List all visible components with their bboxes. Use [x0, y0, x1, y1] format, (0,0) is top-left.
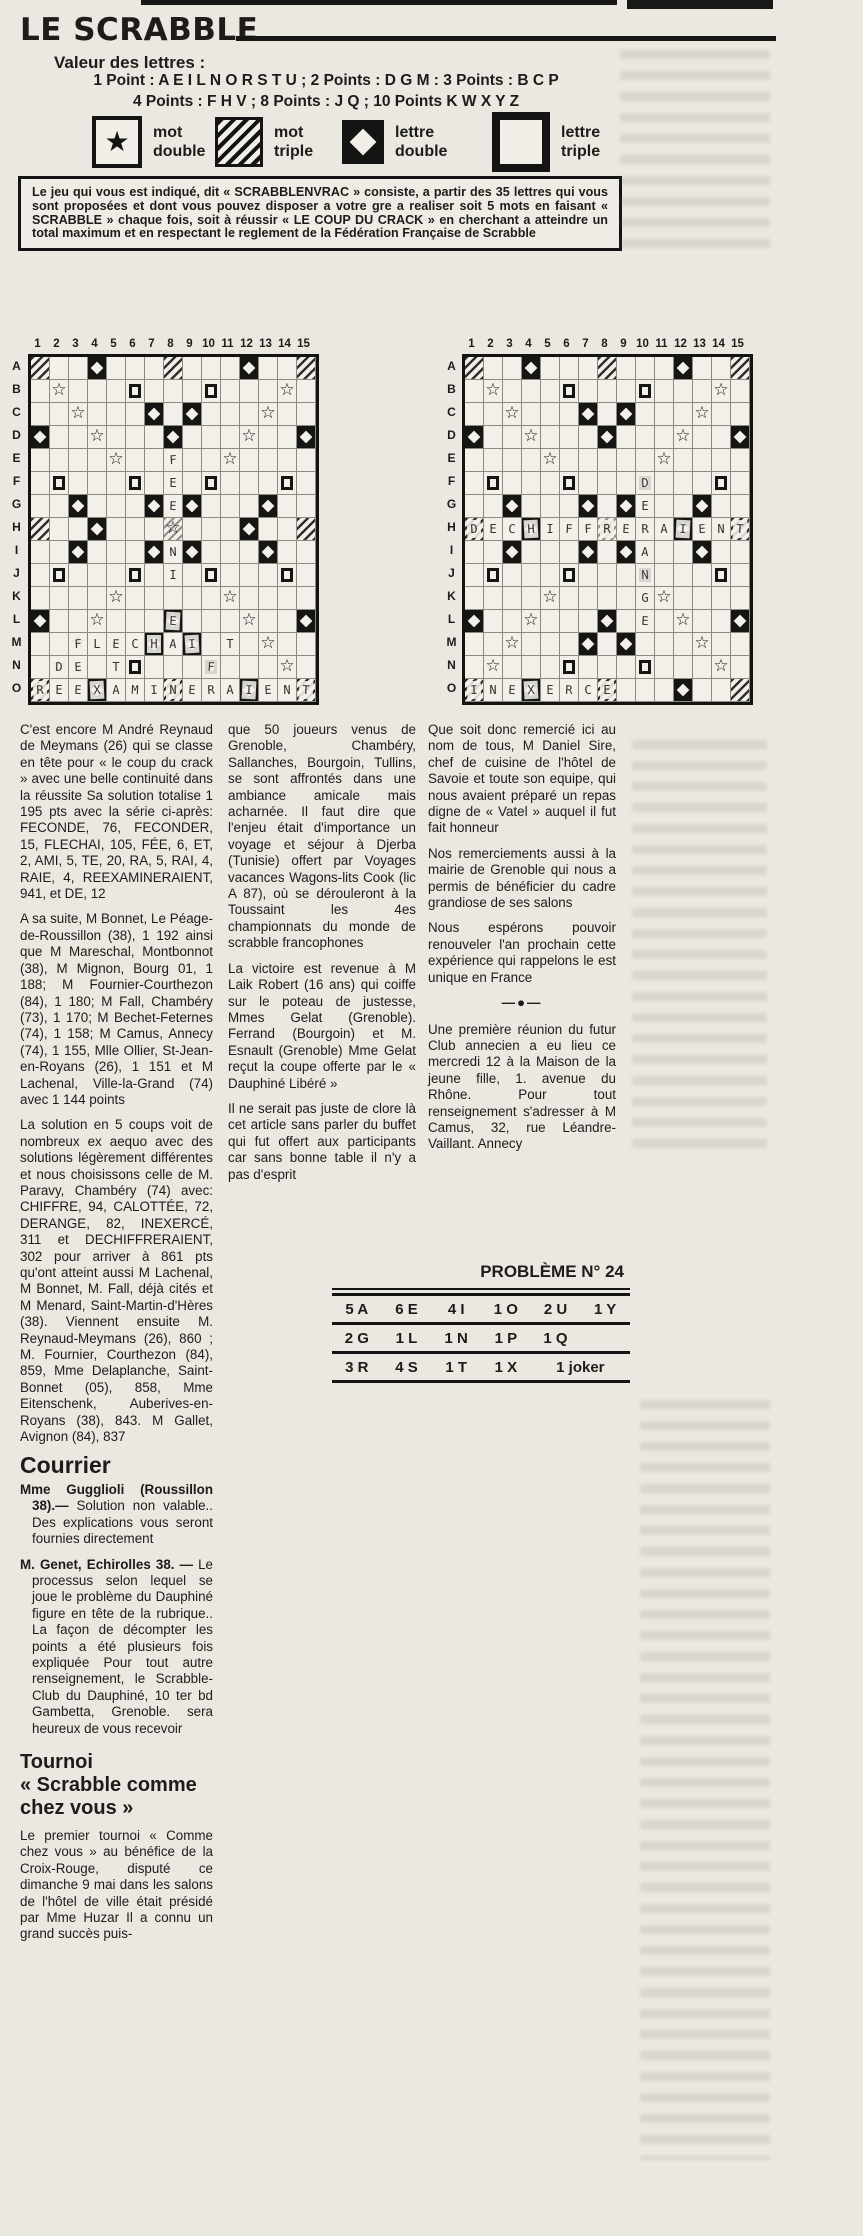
board-cell	[240, 633, 259, 656]
board-cell	[259, 357, 278, 380]
board-cell	[560, 472, 579, 495]
board-cell: F	[579, 518, 598, 541]
tile-letter: R	[600, 520, 614, 538]
board-cell	[731, 587, 750, 610]
tile-letter: C	[505, 520, 520, 539]
letter-double-diamond-icon	[342, 120, 384, 164]
board-col-number: 8	[161, 338, 180, 353]
board-cell: E	[484, 518, 503, 541]
board-row-letter: O	[444, 676, 459, 699]
board-col-number: 7	[142, 338, 161, 353]
board-column-numbers: 123456789101112131415	[462, 338, 747, 353]
section-separator: —●—	[428, 995, 616, 1011]
courrier-entry: Mme Gugglioli (Roussillon 38).— Solution…	[20, 1482, 213, 1548]
board-cell	[240, 564, 259, 587]
board-cell	[278, 541, 297, 564]
article-paragraph: que 50 joueurs venus de Grenoble, Chambé…	[228, 722, 416, 952]
board-cell	[484, 656, 503, 679]
board-cell	[221, 541, 240, 564]
values-heading: Valeur des lettres :	[54, 53, 205, 73]
board-cell	[636, 380, 655, 403]
tile-letter: F	[562, 520, 577, 539]
board-cell: T	[297, 679, 316, 702]
board-row-letter: F	[9, 469, 24, 492]
board-cell	[202, 472, 221, 495]
board-cell	[202, 587, 221, 610]
board-cell	[655, 564, 674, 587]
article-paragraph: Que soit donc remercié ici au nom de tou…	[428, 722, 616, 837]
board-cell	[278, 495, 297, 518]
letter-triple-square-icon	[492, 112, 550, 172]
board-cell	[50, 564, 69, 587]
board-cell	[484, 380, 503, 403]
board-cell: N	[712, 518, 731, 541]
board-col-number: 11	[218, 338, 237, 353]
board-cell	[484, 449, 503, 472]
board-cell	[278, 518, 297, 541]
board-cell	[50, 587, 69, 610]
board-cell	[240, 587, 259, 610]
board-cell	[297, 495, 316, 518]
board-cell	[503, 587, 522, 610]
board-cell	[560, 449, 579, 472]
board-col-number: 1	[28, 338, 47, 353]
board-cell	[164, 403, 183, 426]
board-cell: F	[69, 633, 88, 656]
board-cell	[617, 403, 636, 426]
newspaper-page: LE SCRABBLE Valeur des lettres : 1 Point…	[0, 0, 863, 2236]
board-cell: E	[636, 610, 655, 633]
top-rule-left	[141, 0, 617, 5]
board-cell	[69, 610, 88, 633]
board-cell: N	[164, 679, 183, 702]
board-cell	[465, 541, 484, 564]
board-cell: C	[503, 518, 522, 541]
board-cell	[145, 403, 164, 426]
tile-letter: E	[600, 681, 614, 699]
board-cell	[503, 633, 522, 656]
board-col-number: 10	[199, 338, 218, 353]
board-cell	[221, 472, 240, 495]
board-cell	[617, 380, 636, 403]
board-cell	[598, 587, 617, 610]
tile-letter: E	[695, 520, 710, 539]
board-cell: I	[164, 564, 183, 587]
board-cell: E	[259, 679, 278, 702]
board-cell	[731, 610, 750, 633]
board-cell	[50, 380, 69, 403]
board-cell	[674, 610, 693, 633]
board-cell	[541, 656, 560, 679]
courrier-entry-lead: Mme Gugglioli (Roussillon 38).—	[20, 1482, 213, 1513]
legend-item-word-double: ★ motdouble	[92, 116, 205, 168]
tile-letter: I	[242, 681, 257, 700]
probleme-cell: 1 P	[481, 1330, 531, 1347]
board-cell	[484, 426, 503, 449]
tile-letter: R	[562, 681, 577, 700]
board-cell	[522, 472, 541, 495]
board-cell	[297, 541, 316, 564]
board-cell: E	[107, 633, 126, 656]
board-cell	[731, 633, 750, 656]
board-cell	[145, 610, 164, 633]
board-cell	[278, 633, 297, 656]
board-cell	[202, 449, 221, 472]
board-cell: A	[221, 679, 240, 702]
board-cell	[503, 357, 522, 380]
board-cell	[655, 610, 674, 633]
board-cell	[31, 564, 50, 587]
board-cell	[202, 426, 221, 449]
tile-letter: E	[638, 612, 653, 631]
board-cell	[655, 472, 674, 495]
board-cell	[598, 403, 617, 426]
board-cell	[50, 610, 69, 633]
tile-letter: X	[524, 681, 539, 700]
board-col-number: 15	[294, 338, 313, 353]
board-cell	[88, 610, 107, 633]
tile-letter: E	[109, 635, 124, 654]
probleme-cell: 6 E	[382, 1301, 432, 1318]
board-cell: T	[107, 656, 126, 679]
board-cell	[560, 357, 579, 380]
courrier-heading: Courrier	[20, 1457, 213, 1473]
board-cell	[259, 564, 278, 587]
board-cell	[693, 656, 712, 679]
board-cell	[126, 357, 145, 380]
board-cell	[278, 403, 297, 426]
board-cell	[259, 495, 278, 518]
board-cell: T	[731, 518, 750, 541]
tournoi-paragraph: Le premier tournoi « Comme chez vous » a…	[20, 1828, 213, 1943]
board-cell	[107, 472, 126, 495]
board-cell	[126, 610, 145, 633]
board-cell: E	[164, 610, 183, 633]
courrier-section: Courrier Mme Gugglioli (Roussillon 38).—…	[20, 1457, 213, 1737]
board-cell	[240, 380, 259, 403]
tile-letter: D	[467, 520, 482, 539]
values-line-1: 1 Point : A E I L N O R S T U ; 2 Points…	[20, 72, 632, 90]
board-cell	[674, 633, 693, 656]
board-cell	[240, 449, 259, 472]
board-cell	[636, 656, 655, 679]
board-row-letter: N	[444, 653, 459, 676]
board-cell	[693, 380, 712, 403]
board-cell	[503, 564, 522, 587]
board-cell	[259, 587, 278, 610]
board-cell	[674, 587, 693, 610]
board-cell	[126, 380, 145, 403]
board-cell	[522, 564, 541, 587]
board-cell	[278, 449, 297, 472]
board-cell	[598, 449, 617, 472]
tile-letter: T	[109, 658, 123, 676]
board-cell: D	[636, 472, 655, 495]
board-cell	[465, 656, 484, 679]
board-cell	[297, 449, 316, 472]
board-cell	[69, 472, 88, 495]
board-cell	[636, 633, 655, 656]
board-cell	[31, 426, 50, 449]
board-cell	[31, 380, 50, 403]
board-col-number: 7	[576, 338, 595, 353]
article-paragraph: Il ne serait pas juste de clore là cet a…	[228, 1101, 416, 1183]
board-cell	[183, 357, 202, 380]
board-cell	[731, 495, 750, 518]
board-cell	[636, 426, 655, 449]
board-cell	[31, 449, 50, 472]
board-cell: N	[278, 679, 297, 702]
tile-letter: G	[638, 589, 652, 607]
board-row-letter: K	[444, 584, 459, 607]
board-cell	[693, 541, 712, 564]
tile-letter: C	[581, 681, 596, 700]
board-cell	[126, 449, 145, 472]
board-cell	[221, 587, 240, 610]
board-cell	[183, 541, 202, 564]
board-cell	[145, 564, 164, 587]
tile-letter: E	[543, 681, 557, 699]
word-triple-hatch-icon	[215, 117, 263, 167]
board-cell	[560, 610, 579, 633]
board-cell	[31, 633, 50, 656]
tile-letter: E	[71, 658, 86, 677]
article-paragraph: La solution en 5 coups voit de nombreux …	[20, 1117, 213, 1445]
board-cell	[674, 564, 693, 587]
probleme-row: 5 A6 E4 I1 O2 U1 Y	[332, 1293, 630, 1322]
board-cell	[183, 449, 202, 472]
board-cell	[560, 633, 579, 656]
tile-letter: E	[52, 681, 66, 699]
board-cell	[88, 518, 107, 541]
board-cell	[240, 656, 259, 679]
board-row-letter: M	[9, 630, 24, 653]
board-cell	[579, 633, 598, 656]
legend-label: mottriple	[274, 123, 313, 161]
board-col-number: 3	[500, 338, 519, 353]
board-cell	[674, 472, 693, 495]
board-cell	[598, 426, 617, 449]
board-row-letter: C	[9, 400, 24, 423]
board-cell	[465, 564, 484, 587]
board-cell	[240, 403, 259, 426]
board-cell	[484, 633, 503, 656]
board-cell	[522, 495, 541, 518]
probleme-table: 5 A6 E4 I1 O2 U1 Y2 G1 L1 N1 P1 Q3 R4 S1…	[332, 1293, 630, 1383]
board-cell	[107, 610, 126, 633]
board-cell: H	[522, 518, 541, 541]
board-cell	[541, 426, 560, 449]
board-cell	[617, 541, 636, 564]
tile-letter: N	[638, 566, 653, 585]
board-row-letters: ABCDEFGHIJKLMNO	[444, 354, 459, 699]
board-cell	[221, 656, 240, 679]
board-cell	[731, 656, 750, 679]
board-cell	[522, 610, 541, 633]
board-cell	[598, 472, 617, 495]
board-cell	[107, 541, 126, 564]
article-paragraph: A sa suite, M Bonnet, Le Péage-de-Roussi…	[20, 911, 213, 1108]
board-cell: E	[617, 518, 636, 541]
board-cell	[579, 449, 598, 472]
probleme-cell: 1 X	[481, 1359, 531, 1376]
tile-letter: A	[657, 520, 671, 538]
board-cell	[50, 426, 69, 449]
probleme-title: PROBLÈME N° 24	[332, 1262, 630, 1282]
board-row-letter: A	[9, 354, 24, 377]
board-cell	[145, 495, 164, 518]
tile-letter: E	[166, 474, 180, 492]
board-cell: C	[579, 679, 598, 702]
board-cell	[31, 518, 50, 541]
board-cell	[522, 587, 541, 610]
board-cell	[240, 357, 259, 380]
board-cell: A	[164, 633, 183, 656]
board-cell	[655, 679, 674, 702]
board-cell	[598, 380, 617, 403]
board-cell	[731, 426, 750, 449]
board-cell	[541, 357, 560, 380]
board-cell	[674, 357, 693, 380]
board-cell	[598, 495, 617, 518]
board-cell	[731, 357, 750, 380]
board-cell: E	[183, 679, 202, 702]
board-cell	[693, 587, 712, 610]
board-cell	[259, 541, 278, 564]
board-cell	[465, 426, 484, 449]
board-cell	[145, 541, 164, 564]
board-cell	[183, 472, 202, 495]
board-cell	[126, 426, 145, 449]
board-row-letter: F	[444, 469, 459, 492]
board-cell	[50, 495, 69, 518]
board-cell	[541, 449, 560, 472]
board-cell	[145, 426, 164, 449]
tile-letter: E	[619, 520, 634, 539]
board-col-number: 9	[180, 338, 199, 353]
board-cell	[712, 403, 731, 426]
board-cell: E	[636, 495, 655, 518]
board-cell	[297, 518, 316, 541]
board-cell	[259, 426, 278, 449]
board-cell	[297, 426, 316, 449]
board-cell	[221, 495, 240, 518]
board-cell	[598, 357, 617, 380]
board-cell	[541, 495, 560, 518]
board-cell	[693, 357, 712, 380]
board-cell	[240, 610, 259, 633]
board-cell: L	[88, 633, 107, 656]
tile-letter: A	[109, 681, 123, 699]
tile-letter: F	[581, 520, 596, 539]
board-cell	[297, 357, 316, 380]
board-cell	[107, 587, 126, 610]
probleme-cell: 1 L	[382, 1330, 432, 1347]
board-cell	[579, 472, 598, 495]
board-cell	[712, 449, 731, 472]
board-cell	[297, 380, 316, 403]
board-col-number: 2	[47, 338, 66, 353]
board-cell	[617, 426, 636, 449]
board-row-letter: D	[444, 423, 459, 446]
board-cell	[712, 587, 731, 610]
board-cell	[31, 587, 50, 610]
board-cell: R	[636, 518, 655, 541]
board-cell	[636, 449, 655, 472]
board-row-letter: B	[444, 377, 459, 400]
board-cell	[297, 633, 316, 656]
board-cell	[674, 679, 693, 702]
board-cell	[655, 587, 674, 610]
board-col-number: 4	[85, 338, 104, 353]
masthead-rule	[236, 36, 776, 41]
board-col-number: 3	[66, 338, 85, 353]
tile-letter: F	[166, 451, 181, 470]
tile-letter: A	[223, 681, 237, 699]
board-cell	[465, 472, 484, 495]
tile-letter: D	[52, 658, 67, 677]
board-cell	[221, 403, 240, 426]
board-cell	[259, 472, 278, 495]
board-cell	[503, 472, 522, 495]
board-cell	[560, 541, 579, 564]
board-cell	[202, 541, 221, 564]
courrier-entry: M. Genet, Echirolles 38. — Le processus …	[20, 1557, 213, 1737]
board-cell	[69, 357, 88, 380]
tile-letter: M	[128, 681, 143, 700]
board-cell	[221, 564, 240, 587]
board-row-letter: C	[444, 400, 459, 423]
scrabble-board-right: DEDECHIFFRERAIENTANGEINEXERCE	[462, 354, 753, 705]
board-row-letter: J	[9, 561, 24, 584]
board-cell	[579, 587, 598, 610]
board-cell	[164, 587, 183, 610]
tile-letter: I	[676, 520, 691, 539]
board-cell: F	[202, 656, 221, 679]
tile-letter: I	[166, 566, 180, 584]
board-row-letter: K	[9, 584, 24, 607]
board-cell	[522, 357, 541, 380]
board-cell	[712, 679, 731, 702]
board-cell	[240, 518, 259, 541]
board-cell	[145, 656, 164, 679]
board-cell	[107, 357, 126, 380]
board-cell: I	[183, 633, 202, 656]
values-line-2: 4 Points : F H V ; 8 Points : J Q ; 10 P…	[20, 93, 632, 111]
tile-letter: N	[486, 681, 500, 699]
board-cell	[221, 449, 240, 472]
board-cell	[541, 587, 560, 610]
board-cell	[579, 426, 598, 449]
board-cell: F	[560, 518, 579, 541]
board-cell	[560, 656, 579, 679]
board-cell	[202, 380, 221, 403]
board-cell	[126, 472, 145, 495]
board-cell	[693, 449, 712, 472]
board-col-number: 5	[538, 338, 557, 353]
board-cell: I	[145, 679, 164, 702]
board-cell	[503, 495, 522, 518]
board-cell: N	[164, 541, 183, 564]
board-cell	[617, 610, 636, 633]
board-cell	[484, 541, 503, 564]
board-cell	[503, 610, 522, 633]
board-cell	[88, 357, 107, 380]
board-cell	[522, 449, 541, 472]
board-cell	[278, 380, 297, 403]
board-cell	[183, 403, 202, 426]
board-cell	[484, 403, 503, 426]
